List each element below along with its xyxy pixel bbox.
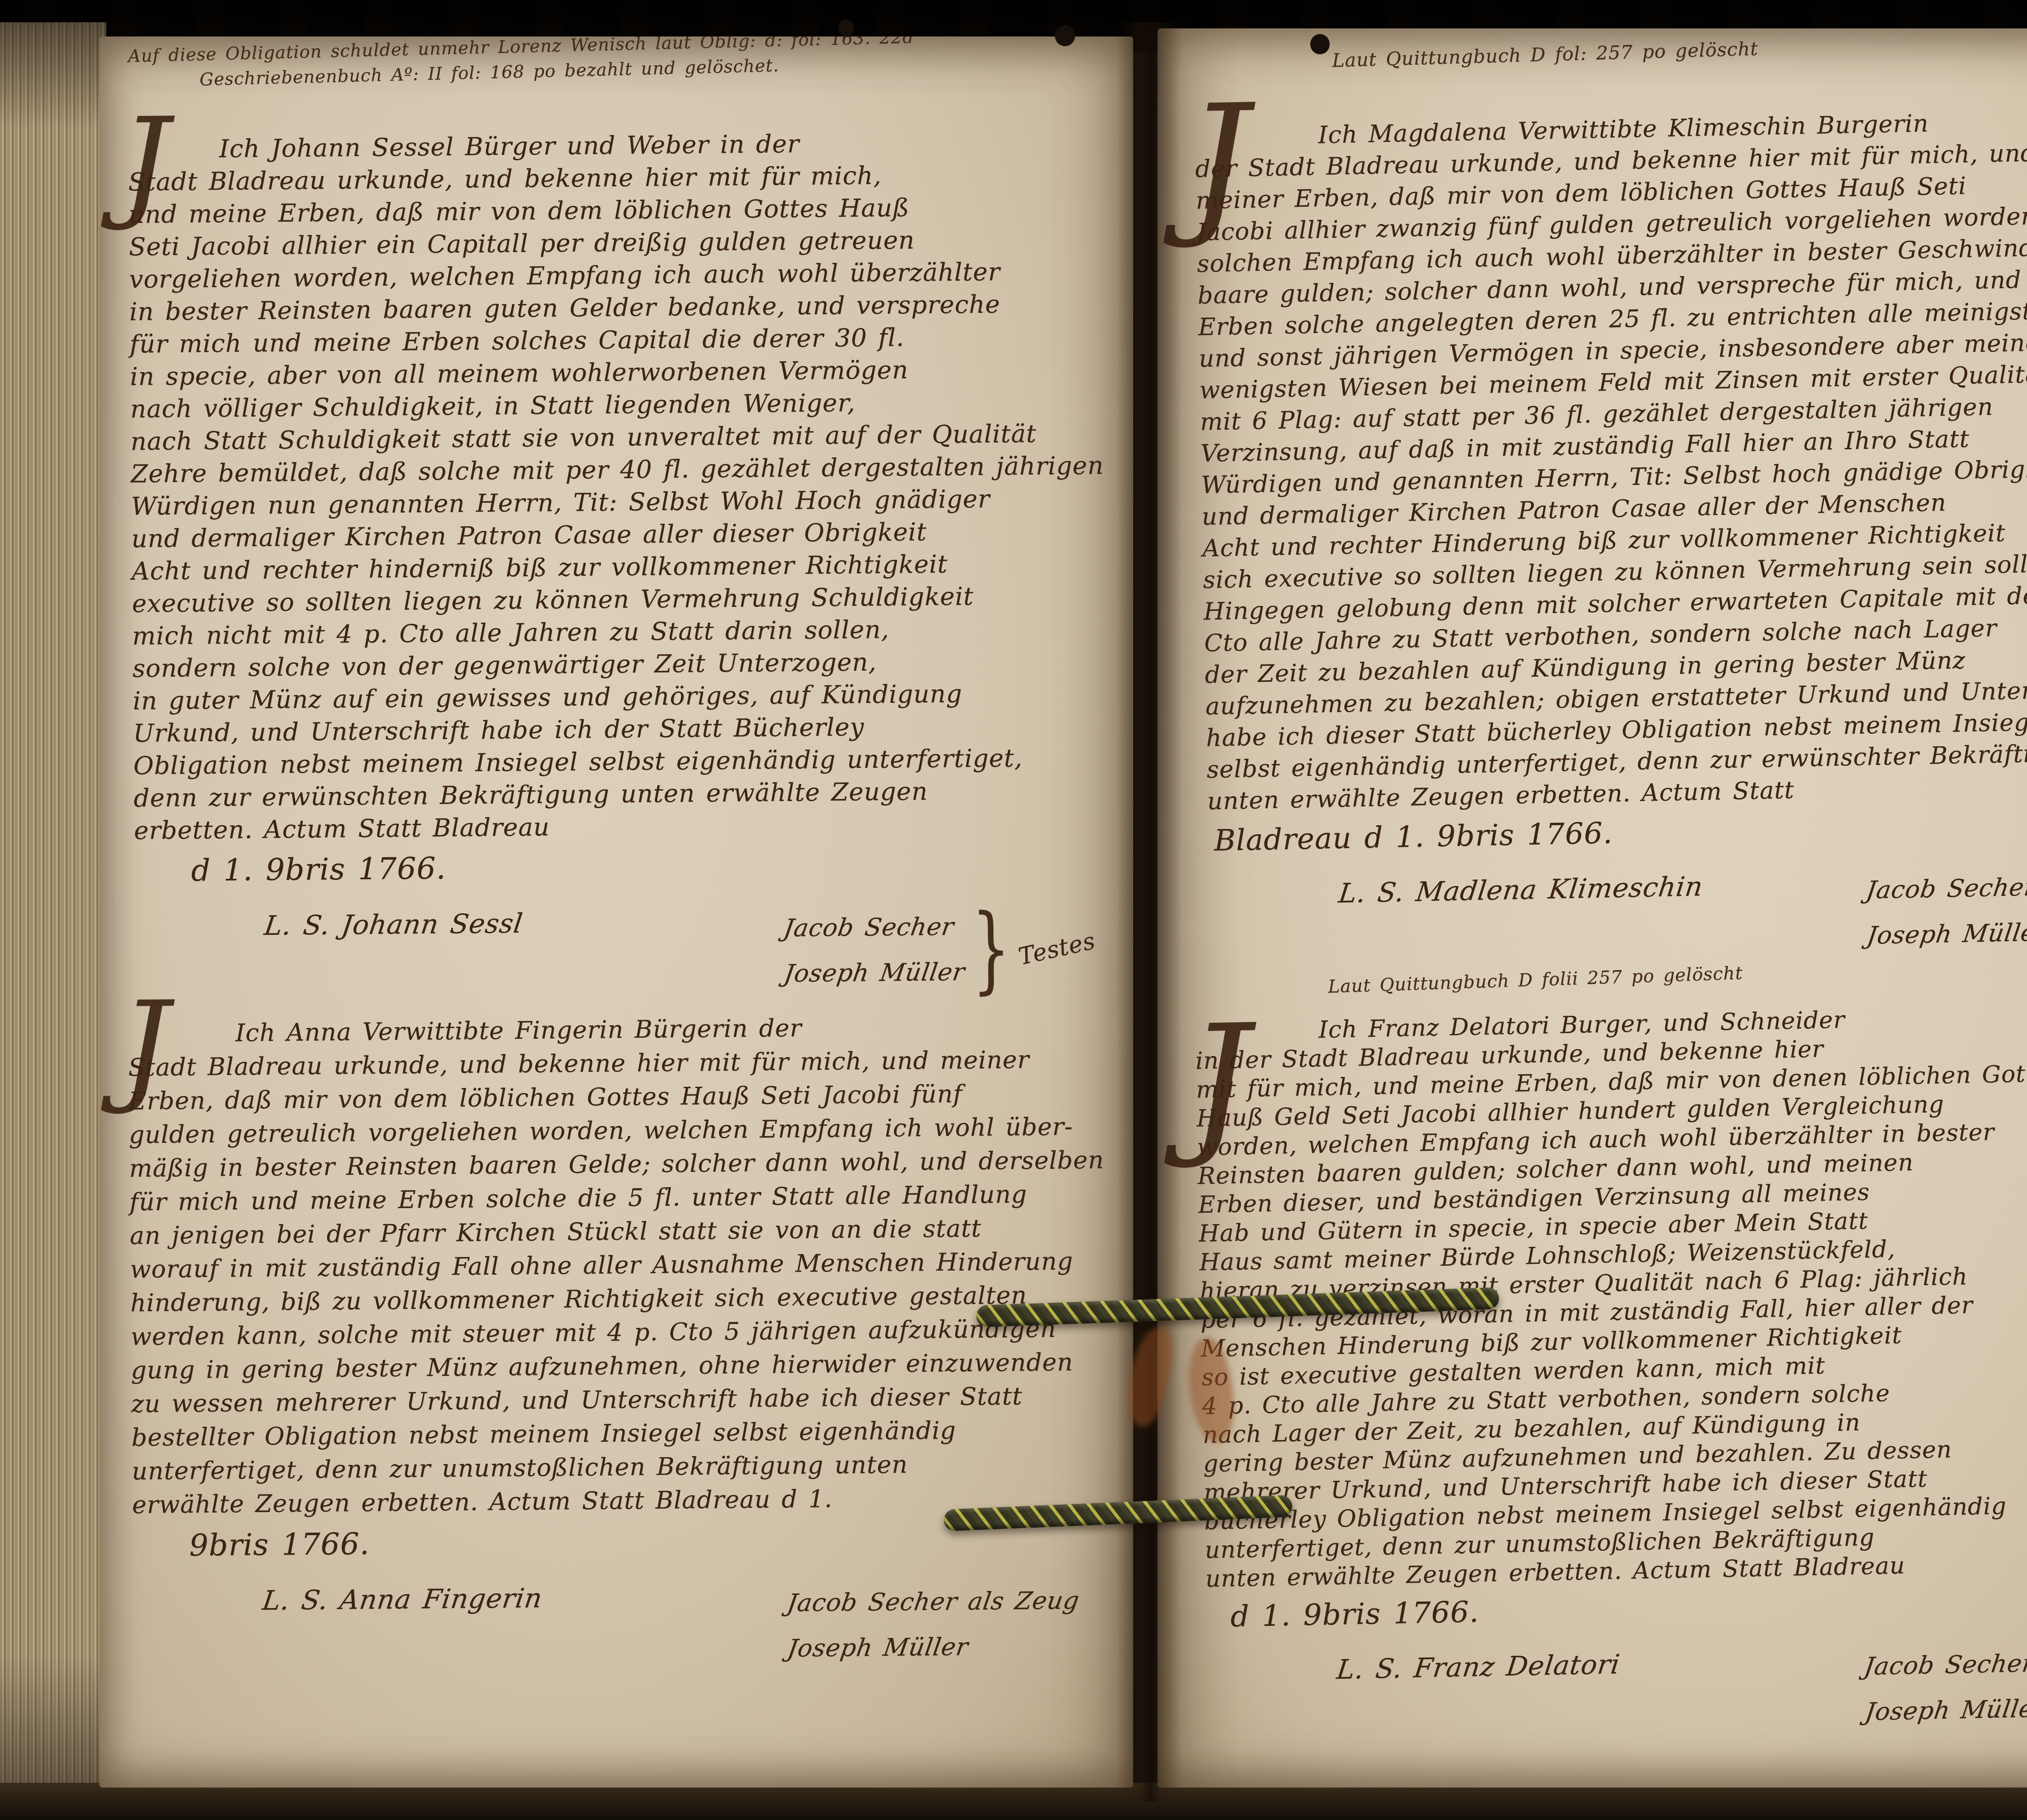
witness-label: Testes (1016, 927, 1098, 970)
entry-body: Ich Anna Verwittibte Fingerin Bürgerin d… (128, 993, 1117, 1522)
ink-blot (1310, 34, 1330, 54)
witness-name: Joseph Müller (784, 1623, 1083, 1671)
book-cover-bottom (0, 1783, 2027, 1820)
page-edges-left (0, 22, 106, 1798)
witness-block: Jacob SecherJoseph Müller } Testes (784, 903, 1096, 996)
quittung-header-note: Laut Quittungbuch D fol: 257 po gelöscht (1332, 28, 2027, 71)
signature: L. S. Franz Delatori (1335, 1649, 1622, 1685)
entry-johann-sessel: J Ich Johann Sessel Bürger und Weber in … (128, 109, 1121, 1002)
witness-name: Joseph Müller (1864, 910, 2027, 959)
witness-names: Jacob SecherJoseph Müller (784, 904, 965, 996)
witness-names: Jacob Secher als ZeugJoseph Müller (787, 1578, 1080, 1671)
ink-blot (1055, 25, 1075, 46)
signature-row: L. S. Anna Fingerin Jacob Secher als Zeu… (133, 1578, 1119, 1677)
signature: L. S. Johann Sessl (262, 908, 525, 942)
witness-names: Jacob SecherJoseph Müller (1866, 864, 2027, 959)
witness-name: Jacob Secher (780, 904, 968, 951)
entry-anna-fingerin: J Ich Anna Verwittibte Fingerin Bürgerin… (128, 993, 1118, 1677)
witness-name: Joseph Müller (781, 949, 968, 996)
entry-initial-flourish: J (120, 102, 171, 224)
entry-body: Ich Franz Delatori Burger, und Schneider… (1194, 983, 2027, 1593)
signature: L. S. Madlena Klimeschin (1337, 871, 1705, 909)
entry-body: Ich Magdalena Verwittibte Klimeschin Bur… (1194, 86, 2027, 817)
witness-name: Jacob Secher als Zeug (784, 1578, 1082, 1626)
margin-note: Auf diese Obligation schuldet unmehr Lor… (128, 36, 1110, 94)
witness-names: Jacob SecherJoseph Müller (1864, 1640, 2027, 1735)
ink-blot (838, 19, 854, 36)
signature-row: L. S. Johann Sessl Jacob SecherJoseph Mü… (135, 903, 1121, 1002)
signature-row: L. S. Madlena Klimeschin Jacob SecherJos… (1209, 861, 2027, 971)
entry-initial-flourish: J (120, 985, 171, 1107)
entry-body: Ich Johann Sessel Bürger und Weber in de… (128, 109, 1119, 847)
witness-brace: } (971, 894, 1011, 1004)
witness-name: Joseph Müller (1862, 1686, 2027, 1735)
right-page: Laut Quittungbuch D fol: 257 po gelöscht… (1157, 28, 2027, 1788)
witness-name: Jacob Secher (1861, 1640, 2027, 1689)
witness-name: Jacob Secher (1863, 864, 2027, 913)
entry-franz-delatori: Laut Quittungbuch D folii 257 po gelösch… (1194, 962, 2027, 1747)
entry-date: d 1. 9bris 1766. (134, 845, 1120, 889)
manuscript-book: Auf diese Obligation schuldet unmehr Lor… (0, 0, 2027, 1820)
signature-row: L. S. Franz Delatori Jacob SecherJoseph … (1207, 1638, 2027, 1747)
entry-magdalena-klimeschin: J Ich Magdalena Verwittibte Klimeschin B… (1194, 86, 2027, 971)
entry-initial-flourish: J (1186, 84, 1251, 239)
witness-block: Jacob SecherJoseph Müller } Testes (1864, 1638, 2027, 1735)
witness-block: Jacob SecherJoseph Müller } Testes (1866, 862, 2027, 959)
signature: L. S. Anna Fingerin (261, 1582, 544, 1616)
witness-block: Jacob Secher als ZeugJoseph Müller (787, 1578, 1094, 1671)
entry-initial-flourish: J (1187, 1004, 1252, 1159)
